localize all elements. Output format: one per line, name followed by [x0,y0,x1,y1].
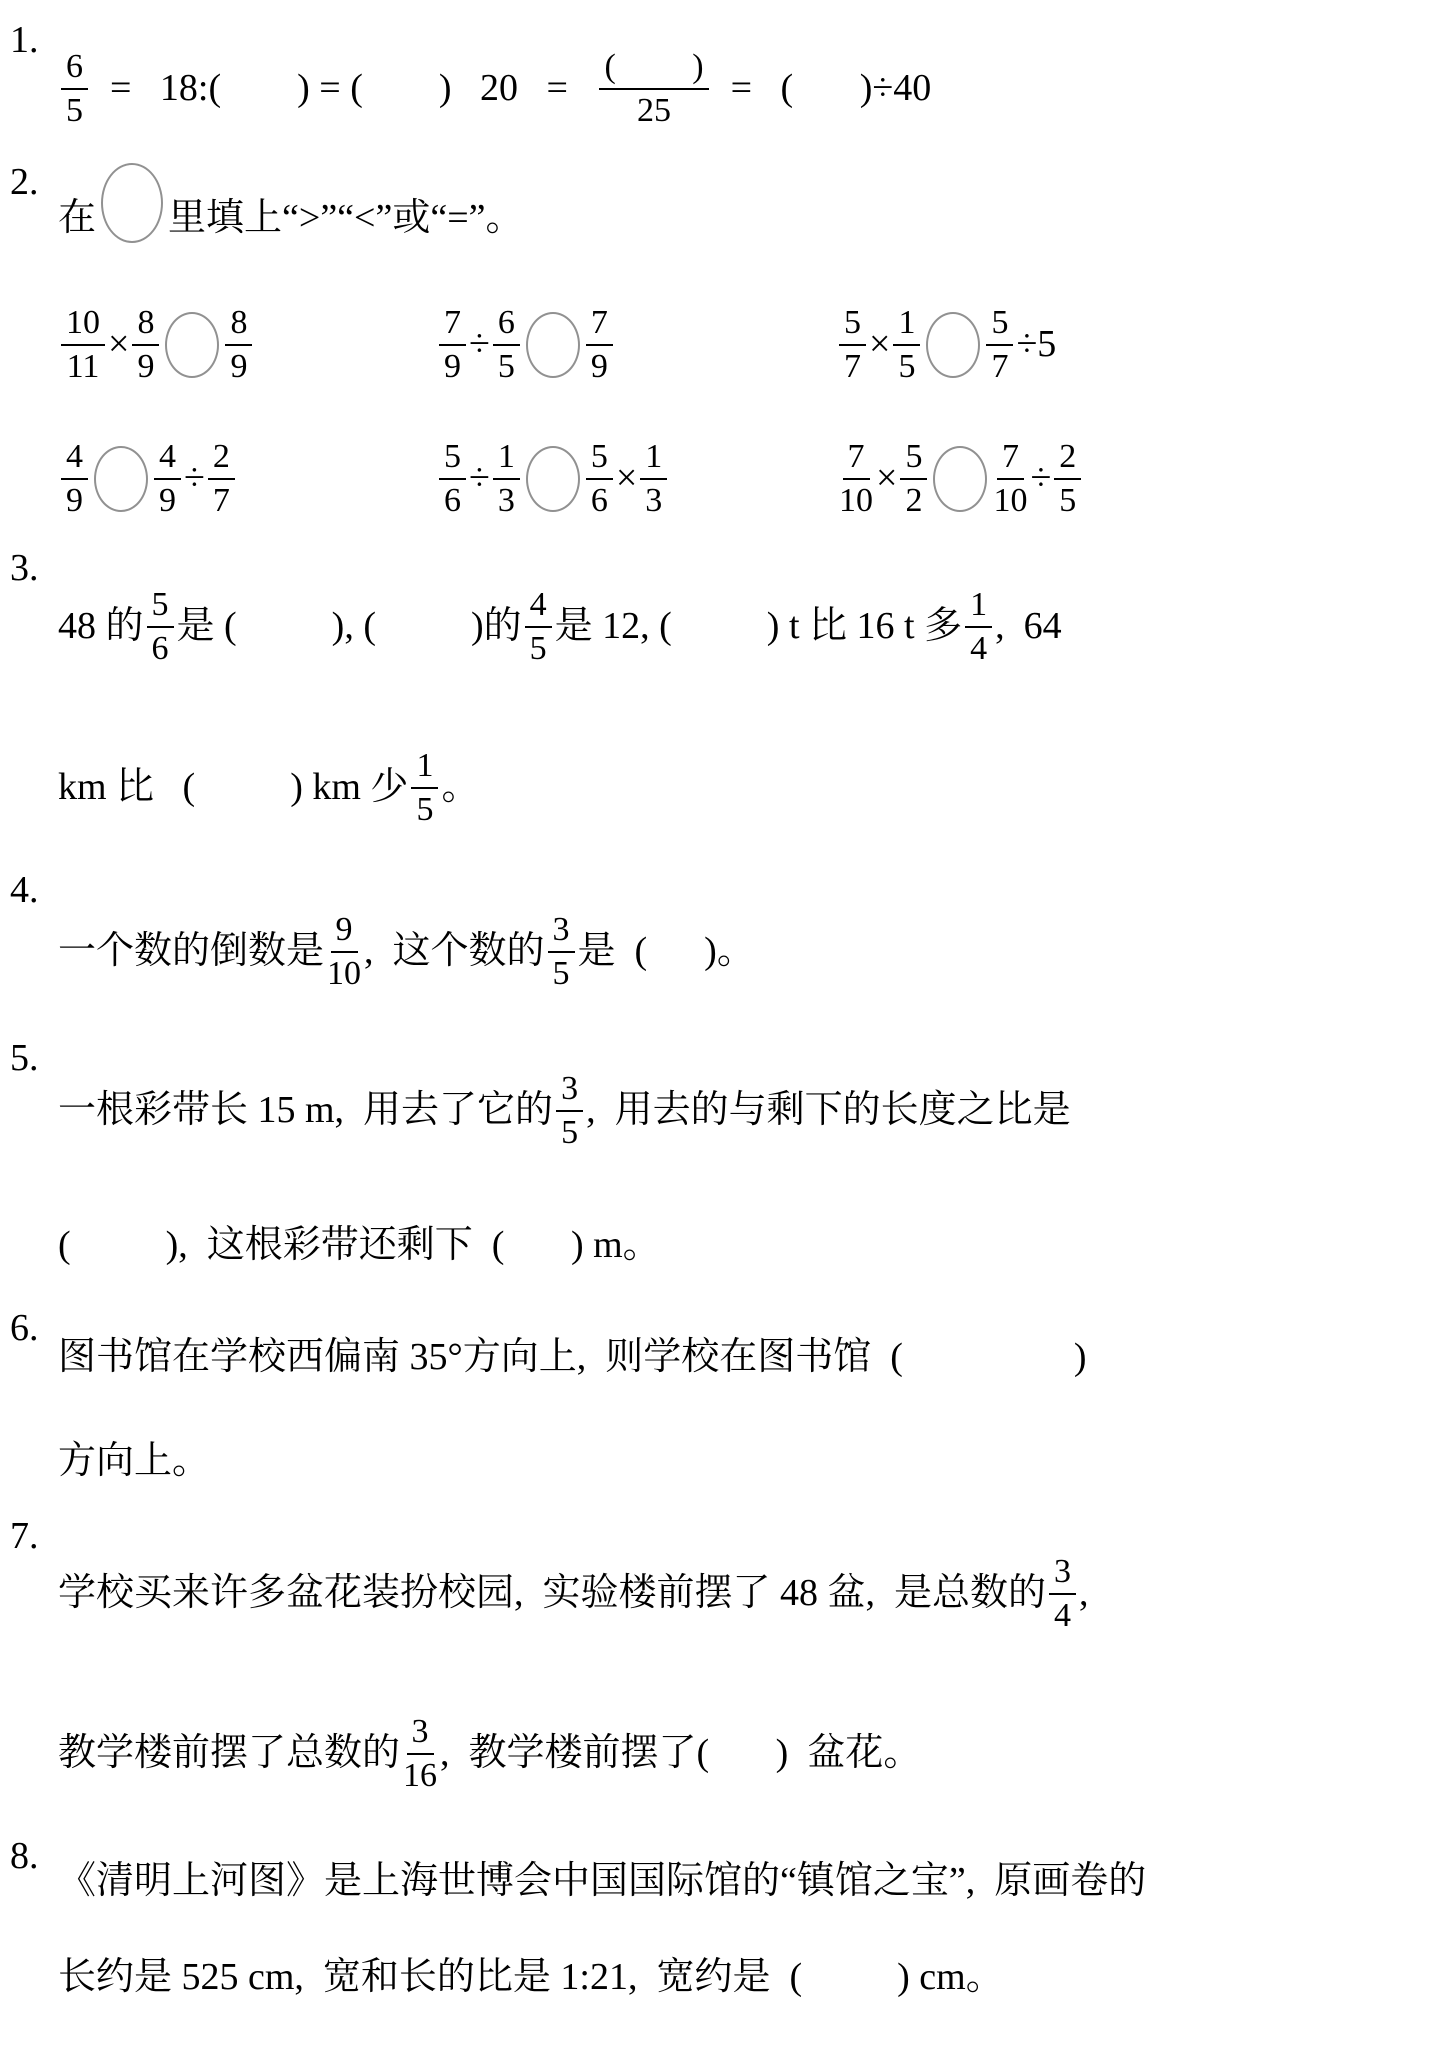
fraction-numerator: 6 [493,305,520,346]
fraction-denominator: 16 [403,1755,437,1794]
fraction-denominator: 9 [159,480,176,519]
fraction-numerator: ( ) [599,49,708,90]
fraction: 52 [900,439,927,518]
text-run: 教学楼前摆了总数的 [58,1731,400,1777]
text-run: × [616,456,637,502]
fraction-numerator: 7 [439,305,466,346]
fraction: 49 [154,439,181,518]
text-run: = 18:( ) = ( ) 20 = [91,66,596,112]
answer-circle [926,312,980,378]
fraction-numerator: 9 [331,912,358,953]
fraction-numerator: 3 [556,1071,583,1112]
fraction: 56 [147,587,174,666]
question-line: 方向上。 [58,1410,1432,1514]
fraction: 34 [1049,1554,1076,1633]
question-number: 2. [10,161,39,203]
fraction-denominator: 3 [498,480,515,519]
answer-circle [94,446,148,512]
fraction-numerator: 6 [61,49,88,90]
fraction-numerator: 4 [61,439,88,480]
fraction-numerator: 3 [1049,1554,1076,1595]
fraction-denominator: 6 [591,480,608,519]
question-line: km 比 ( ) km 少15。 [58,708,1432,868]
question-line: 图书馆在学校西偏南 35°方向上, 则学校在图书馆 ( ) [58,1306,1432,1410]
question-number: 1. [10,19,39,61]
fraction-denominator: 11 [67,346,100,385]
fraction: 56 [439,439,466,518]
fraction-denominator: 10 [993,480,1027,519]
answer-circle [526,312,580,378]
fraction-numerator: 1 [640,439,667,480]
fraction-denominator: 5 [66,90,83,129]
fraction-numerator: 1 [893,305,920,346]
question-line: 《清明上河图》是上海世博会中国国际馆的“镇馆之宝”, 原画卷的 [58,1834,1432,1930]
question-line: 学校买来许多盆花装扮校园, 实验楼前摆了 48 盆, 是总数的34, [58,1514,1432,1674]
fraction-numerator: 5 [147,587,174,628]
fraction: 65 [493,305,520,384]
text-run: 里填上“>”“<”或“=”。 [168,196,524,242]
question-line: 65 = 18:( ) = ( ) 20 = ( )25 = ( )÷40 [58,18,1432,160]
fraction-numerator: 2 [208,439,235,480]
fraction-denominator: 9 [230,346,247,385]
text-run: 学校买来许多盆花装扮校园, 实验楼前摆了 48 盆, 是总数的 [58,1571,1046,1617]
fraction: 1011 [61,305,105,384]
fraction-denominator: 6 [444,480,461,519]
answer-circle [101,163,163,243]
question-4: 4. 一个数的倒数是910, 这个数的35是 ( )。 [10,868,1432,1036]
question-line: 48 的56是 ( ), ( )的45是 12, ( ) t 比 16 t 多1… [58,546,1432,708]
fraction-numerator: 7 [997,439,1024,480]
question-3: 3. 48 的56是 ( ), ( )的45是 12, ( ) t 比 16 t… [10,546,1432,868]
fraction-denominator: 5 [898,346,915,385]
fraction: 35 [556,1071,583,1150]
question-number: 8. [10,1835,39,1877]
fraction-numerator: 5 [439,439,466,480]
fraction-numerator: 8 [132,305,159,346]
text-run: ( ), 这根彩带还剩下 ( ) m。 [58,1223,661,1269]
comparison-expression: 57×1557÷5 [836,305,1432,384]
text-run: , 教学楼前摆了( ) 盆花。 [440,1731,921,1777]
question-number: 7. [10,1515,39,1557]
fraction-denominator: 5 [530,628,547,667]
fraction-denominator: 9 [444,346,461,385]
fraction: 57 [986,305,1013,384]
fraction-denominator: 10 [839,480,873,519]
fraction: 45 [525,587,552,666]
text-run: , 用去的与剩下的长度之比是 [586,1088,1071,1134]
answer-circle [165,312,219,378]
fraction: 15 [411,748,438,827]
fraction-denominator: 3 [645,480,662,519]
text-run: ÷ [469,456,490,502]
fraction: 27 [208,439,235,518]
answer-circle [526,446,580,512]
fraction: 49 [61,439,88,518]
fraction: 57 [839,305,866,384]
fraction-numerator: 1 [411,748,438,789]
fraction: 79 [439,305,466,384]
fraction-numerator: 3 [548,912,575,953]
fraction: 13 [493,439,520,518]
text-run: 一根彩带长 15 m, 用去了它的 [58,1088,553,1134]
fraction-numerator: 5 [586,439,613,480]
fraction: 89 [225,305,252,384]
text-run: 48 的 [58,604,144,650]
question-line: 一个数的倒数是910, 这个数的35是 ( )。 [58,868,1432,1036]
text-run: × [108,322,129,368]
fraction: 35 [548,912,575,991]
text-run: 在 [58,196,96,242]
fraction-denominator: 4 [1054,1595,1071,1634]
fraction: 25 [1054,439,1081,518]
text-run: km 比 ( ) km 少 [58,765,408,811]
text-run: 《清明上河图》是上海世博会中国国际馆的“镇馆之宝”, 原画卷的 [58,1859,1146,1905]
question-number: 5. [10,1037,39,1079]
fraction: 15 [893,305,920,384]
fraction-numerator: 1 [493,439,520,480]
question-1: 1. 65 = 18:( ) = ( ) 20 = ( )25 = ( )÷40 [10,18,1432,160]
fraction: 316 [403,1714,437,1793]
fraction-denominator: 9 [591,346,608,385]
question-number: 3. [10,547,39,589]
fraction-denominator: 5 [498,346,515,385]
text-run: 图书馆在学校西偏南 35°方向上, 则学校在图书馆 ( ) [58,1335,1087,1381]
fraction-numerator: 7 [586,305,613,346]
question-6: 6. 图书馆在学校西偏南 35°方向上, 则学校在图书馆 ( ) 方向上。 [10,1306,1432,1514]
text-run: × [869,322,890,368]
fraction-denominator: 9 [66,480,83,519]
question-line: ( ), 这根彩带还剩下 ( ) m。 [58,1186,1432,1306]
question-7: 7. 学校买来许多盆花装扮校园, 实验楼前摆了 48 盆, 是总数的34, 教学… [10,1514,1432,1834]
fraction-denominator: 10 [327,953,361,992]
text-run: × [876,456,897,502]
text-run: , [1079,1571,1089,1617]
fraction: 710 [993,439,1027,518]
comparison-expression: 1011×8989 [58,305,436,384]
text-run: ÷ [469,322,490,368]
text-run: 是 ( ), ( )的 [177,604,522,650]
fraction: 56 [586,439,613,518]
fraction-denominator: 5 [1059,480,1076,519]
fraction-denominator: 5 [561,1112,578,1151]
fraction-denominator: 7 [213,480,230,519]
fraction: 79 [586,305,613,384]
question-8: 8. 《清明上河图》是上海世博会中国国际馆的“镇馆之宝”, 原画卷的 长约是 5… [10,1834,1432,2026]
question-2: 2. 在里填上“>”“<”或“=”。 1011×8989 79÷6579 57×… [10,160,1432,546]
comparison-expression: 79÷6579 [436,305,836,384]
fraction-numerator: 5 [900,439,927,480]
comparison-expression: 4949÷27 [58,439,436,518]
fraction-denominator: 7 [844,346,861,385]
question-line: 长约是 525 cm, 宽和长的比是 1:21, 宽约是 ( ) cm。 [58,1930,1432,2026]
text-run: , 64 [995,604,1062,650]
fraction: 65 [61,49,88,128]
text-run: ÷ [1030,456,1051,502]
fraction-numerator: 1 [965,587,992,628]
fraction-numerator: 4 [154,439,181,480]
fraction-numerator: 4 [525,587,552,628]
question-5: 5. 一根彩带长 15 m, 用去了它的35, 用去的与剩下的长度之比是 ( )… [10,1036,1432,1306]
fraction-numerator: 2 [1054,439,1081,480]
text-run: 长约是 525 cm, 宽和长的比是 1:21, 宽约是 ( ) cm。 [58,1955,1004,2001]
text-run: ÷5 [1016,322,1056,368]
question-line: 教学楼前摆了总数的316, 教学楼前摆了( ) 盆花。 [58,1674,1432,1834]
fraction-denominator: 25 [637,90,671,129]
fraction: 89 [132,305,159,384]
fraction: 14 [965,587,992,666]
fraction-numerator: 8 [225,305,252,346]
fraction-denominator: 4 [970,628,987,667]
comparison-expression: 56÷1356×13 [436,439,836,518]
fraction-denominator: 7 [991,346,1008,385]
text-run: = ( )÷40 [712,66,932,112]
comparison-row: 4949÷27 56÷1356×13 710×52710÷25 [58,412,1432,546]
fraction-numerator: 3 [407,1714,434,1755]
fraction: 13 [640,439,667,518]
text-run: ÷ [184,456,205,502]
text-run: , 这个数的 [364,929,545,975]
fraction-denominator: 9 [137,346,154,385]
fraction-numerator: 5 [986,305,1013,346]
comparison-row: 1011×8989 79÷6579 57×1557÷5 [58,278,1432,412]
question-number: 6. [10,1307,39,1349]
fraction-numerator: 10 [61,305,105,346]
fraction: 910 [327,912,361,991]
comparison-expression: 710×52710÷25 [836,439,1432,518]
fraction-denominator: 2 [905,480,922,519]
text-run: 是 ( )。 [578,929,755,975]
fraction: ( )25 [599,49,708,128]
fraction: 710 [839,439,873,518]
worksheet-page: 1. 65 = 18:( ) = ( ) 20 = ( )25 = ( )÷40… [0,0,1446,2066]
fraction-numerator: 5 [839,305,866,346]
fraction-denominator: 5 [553,953,570,992]
question-line: 在里填上“>”“<”或“=”。 [58,160,1432,278]
text-run: 方向上。 [58,1439,210,1485]
text-run: 。 [441,765,479,811]
fraction-denominator: 5 [416,789,433,828]
question-line: 一根彩带长 15 m, 用去了它的35, 用去的与剩下的长度之比是 [58,1036,1432,1186]
text-run: 一个数的倒数是 [58,929,324,975]
fraction-numerator: 7 [843,439,870,480]
fraction-denominator: 6 [152,628,169,667]
text-run: 是 12, ( ) t 比 16 t 多 [555,604,962,650]
question-number: 4. [10,869,39,911]
answer-circle [933,446,987,512]
